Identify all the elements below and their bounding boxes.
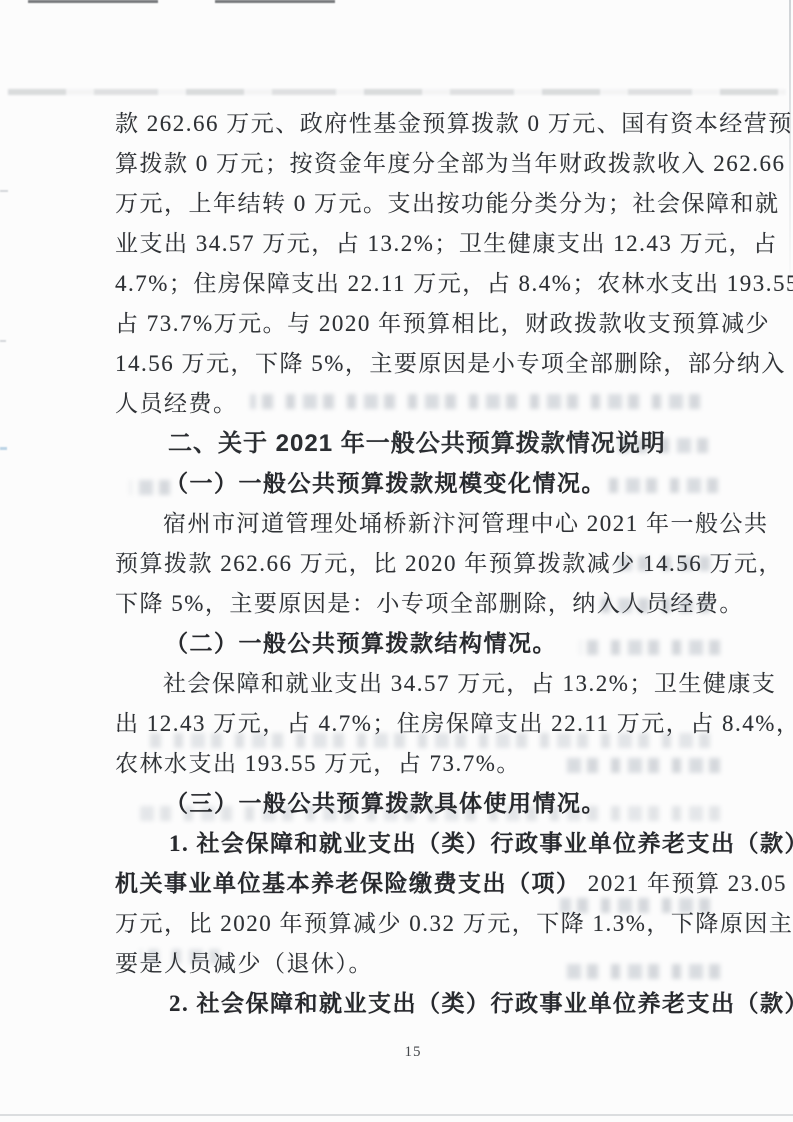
body-line: 占 73.7%万元。与 2020 年预算相比，财政拨款收支预算减少 [115,304,711,344]
subsection-heading: （二）一般公共预算拨款结构情况。 [115,624,711,664]
scan-edge-dash [215,0,335,3]
budget-value-text: 2021 年预算 23.05 [581,871,788,896]
document-content: 款 262.66 万元、政府性基金预算拨款 0 万元、国有资本经营预 算拨款 0… [115,104,711,1064]
scan-edge-dash [28,0,158,3]
scanned-document-page: 款 262.66 万元、政府性基金预算拨款 0 万元、国有资本经营预 算拨款 0… [0,0,793,1122]
body-line: 14.56 万元，下降 5%，主要原因是小专项全部删除，部分纳入 [115,344,711,384]
scan-tick [0,340,6,342]
body-line: 宿州市河道管理处埇桥新汴河管理中心 2021 年一般公共 [115,504,711,544]
body-line: 要是人员减少（退休）。 [115,944,711,984]
body-line: 社会保障和就业支出 34.57 万元，占 13.2%；卫生健康支 [115,664,711,704]
scan-tick [0,447,7,450]
list-item-line: 1. 社会保障和就业支出（类）行政事业单位养老支出（款） [115,824,711,864]
body-line: 4.7%；住房保障支出 22.11 万元，占 8.4%；农林水支出 193.55… [115,264,711,304]
body-line: 出 12.43 万元，占 4.7%；住房保障支出 22.11 万元，占 8.4%… [115,704,711,744]
body-line: 下降 5%，主要原因是：小专项全部删除，纳入人员经费。 [115,584,711,624]
section-heading: 二、关于 2021 年一般公共预算拨款情况说明 [115,424,711,464]
body-line: 万元，比 2020 年预算减少 0.32 万元，下降 1.3%，下降原因主 [115,904,711,944]
scan-fold-band [8,89,786,95]
body-line: 款 262.66 万元、政府性基金预算拨款 0 万元、国有资本经营预 [115,104,711,144]
scan-tick [0,190,8,192]
budget-category-label: 机关事业单位基本养老保险缴费支出（项） [115,871,581,896]
body-line: 万元，上年结转 0 万元。支出按功能分类分为；社会保障和就 [115,184,711,224]
subsection-heading: （三）一般公共预算拨款具体使用情况。 [115,784,711,824]
body-line: 人员经费。 [115,384,711,424]
body-line: 农林水支出 193.55 万元，占 73.7%。 [115,744,711,784]
body-line: 算拨款 0 万元；按资金年度分全部为当年财政拨款收入 262.66 [115,144,711,184]
scan-edge-line [789,0,791,300]
body-line: 业支出 34.57 万元，占 13.2%；卫生健康支出 12.43 万元，占 [115,224,711,264]
list-item-line: 机关事业单位基本养老保险缴费支出（项） 2021 年预算 23.05 [115,864,711,904]
page-number: 15 [115,1040,711,1064]
list-item-line: 2. 社会保障和就业支出（类）行政事业单位养老支出（款） [115,984,711,1024]
body-line: 预算拨款 262.66 万元，比 2020 年预算拨款减少 14.56 万元， [115,544,711,584]
scan-edge-line [0,1114,793,1116]
subsection-heading: （一）一般公共预算拨款规模变化情况。 [115,464,711,504]
